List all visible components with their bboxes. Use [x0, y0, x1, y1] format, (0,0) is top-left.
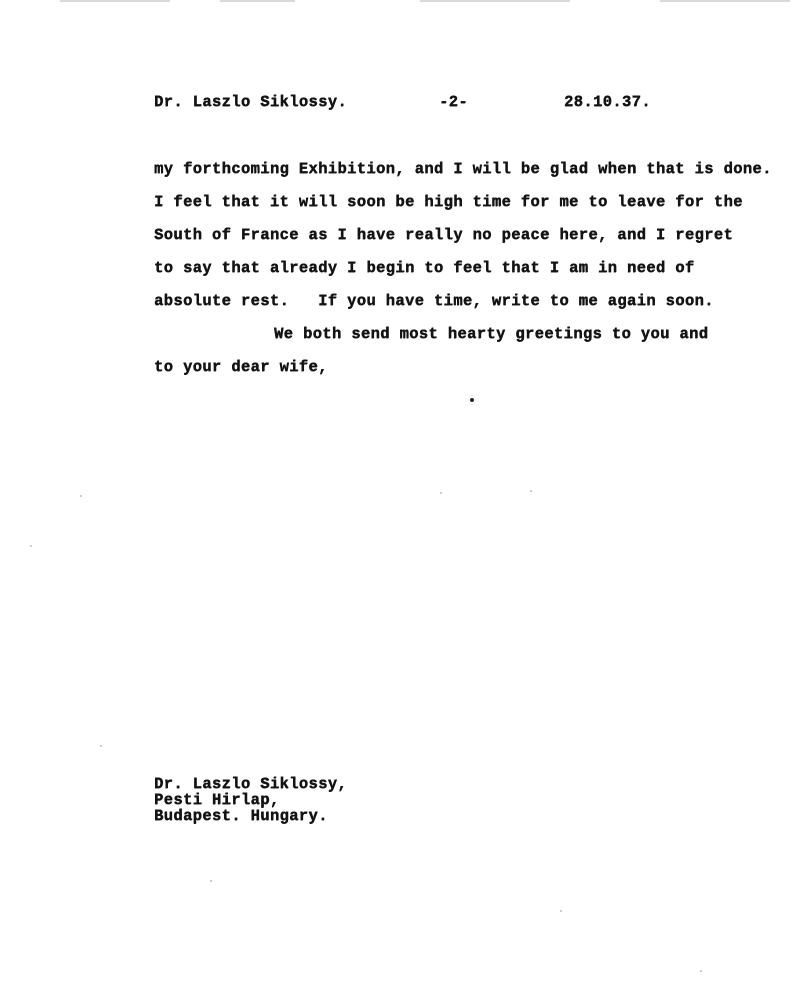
scan-edge-mark [220, 0, 295, 2]
letter-page: Dr. Laszlo Siklossy. -2- 28.10.37. my fo… [0, 0, 810, 1000]
header-recipient: Dr. Laszlo Siklossy. [154, 93, 347, 111]
body-line-indented: We both send most hearty greetings to yo… [274, 325, 708, 347]
scan-speck [210, 880, 212, 882]
scan-edge-mark [420, 0, 570, 2]
letter-header: Dr. Laszlo Siklossy. -2- 28.10.37. [154, 93, 674, 115]
scan-edge-mark [60, 0, 170, 2]
scan-speck [80, 495, 82, 497]
body-line: to say that already I begin to feel that… [154, 259, 694, 281]
scan-speck [530, 490, 532, 492]
scan-edge-mark [660, 0, 790, 2]
body-line: I feel that it will soon be high time fo… [154, 193, 743, 215]
address-line: Budapest. Hungary. [154, 807, 328, 825]
body-line: South of France as I have really no peac… [154, 226, 733, 248]
scan-speck [440, 492, 442, 494]
header-date: 28.10.37. [564, 93, 651, 111]
scan-speck [100, 745, 102, 747]
ink-dot [470, 398, 474, 402]
body-line: my forthcoming Exhibition, and I will be… [154, 160, 772, 182]
scan-speck [30, 545, 32, 547]
body-line: absolute rest. If you have time, write t… [154, 292, 714, 314]
header-page-number: -2- [439, 93, 468, 111]
body-line: to your dear wife, [154, 358, 328, 380]
scan-speck [560, 910, 562, 912]
scan-speck [700, 970, 702, 972]
